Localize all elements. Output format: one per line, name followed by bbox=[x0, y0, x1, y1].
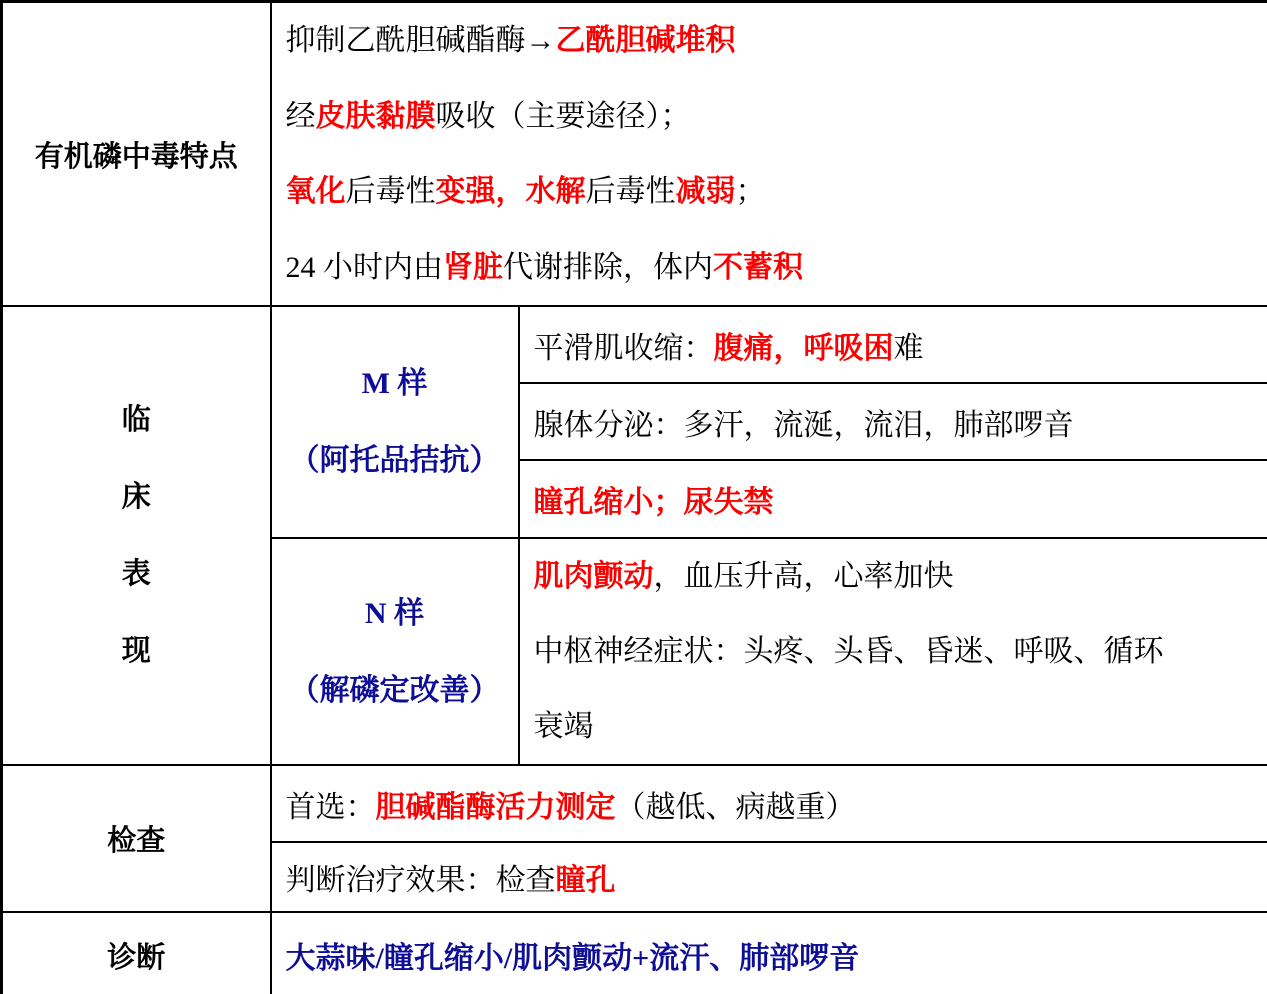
features-label: 有机磷中毒特点 bbox=[2, 2, 271, 307]
clinical-label-char: 床 bbox=[3, 459, 270, 536]
n-content-cell: 肌肉颤动，血压升高，心率加快 中枢神经症状：头疼、头昏、昏迷、呼吸、循环 衰竭 bbox=[519, 538, 1267, 765]
n-type-title: N 样 bbox=[272, 575, 518, 652]
diagnosis-content: 大蒜味/瞳孔缩小/肌肉颤动+流汗、肺部啰音 bbox=[271, 912, 1267, 994]
features-content-cell: 抑制乙酰胆碱酯酶→乙酰胆碱堆积 经皮肤黏膜吸收（主要途径）； 氧化后毒性变强，水… bbox=[271, 2, 1267, 307]
feature-line-absorption: 经皮肤黏膜吸收（主要途径）； bbox=[286, 79, 1267, 155]
exam-row-first-choice: 首选：胆碱酯酶活力测定（越低、病越重） bbox=[271, 765, 1267, 842]
clinical-label: 临 床 表 现 bbox=[2, 306, 271, 765]
clinical-label-char: 临 bbox=[3, 382, 270, 459]
diagnosis-label: 诊断 bbox=[2, 912, 271, 994]
clinical-label-char: 现 bbox=[3, 613, 270, 690]
m-row-pupil: 瞳孔缩小；尿失禁 bbox=[519, 460, 1267, 538]
m-type-cell: M 样 （阿托品拮抗） bbox=[271, 306, 519, 538]
feature-line-metabolism: 24 小时内由肾脏代谢排除，体内不蓄积 bbox=[286, 230, 1267, 306]
m-row-smooth-muscle: 平滑肌收缩：腹痛，呼吸困难 bbox=[519, 306, 1267, 383]
m-row-gland-secretion: 腺体分泌：多汗，流涎，流泪，肺部啰音 bbox=[519, 383, 1267, 460]
m-type-title: M 样 bbox=[272, 345, 518, 422]
exam-label: 检查 bbox=[2, 765, 271, 912]
n-type-subtitle: （解磷定改善） bbox=[272, 652, 518, 729]
m-type-subtitle: （阿托品拮抗） bbox=[272, 422, 518, 499]
clinical-label-char: 表 bbox=[3, 536, 270, 613]
feature-line-mechanism: 抑制乙酰胆碱酯酶→乙酰胆碱堆积 bbox=[286, 3, 1267, 79]
exam-row-treatment-effect: 判断治疗效果：检查瞳孔 bbox=[271, 842, 1267, 912]
n-line-central: 中枢神经症状：头疼、头昏、昏迷、呼吸、循环 bbox=[534, 614, 1267, 689]
n-line-failure: 衰竭 bbox=[534, 689, 1267, 764]
feature-line-toxicity: 氧化后毒性变强，水解后毒性减弱； bbox=[286, 154, 1267, 230]
n-type-cell: N 样 （解磷定改善） bbox=[271, 538, 519, 765]
op-poisoning-table: 有机磷中毒特点 抑制乙酰胆碱酯酶→乙酰胆碱堆积 经皮肤黏膜吸收（主要途径）； 氧… bbox=[0, 0, 1267, 994]
n-line-muscle: 肌肉颤动，血压升高，心率加快 bbox=[534, 539, 1267, 614]
